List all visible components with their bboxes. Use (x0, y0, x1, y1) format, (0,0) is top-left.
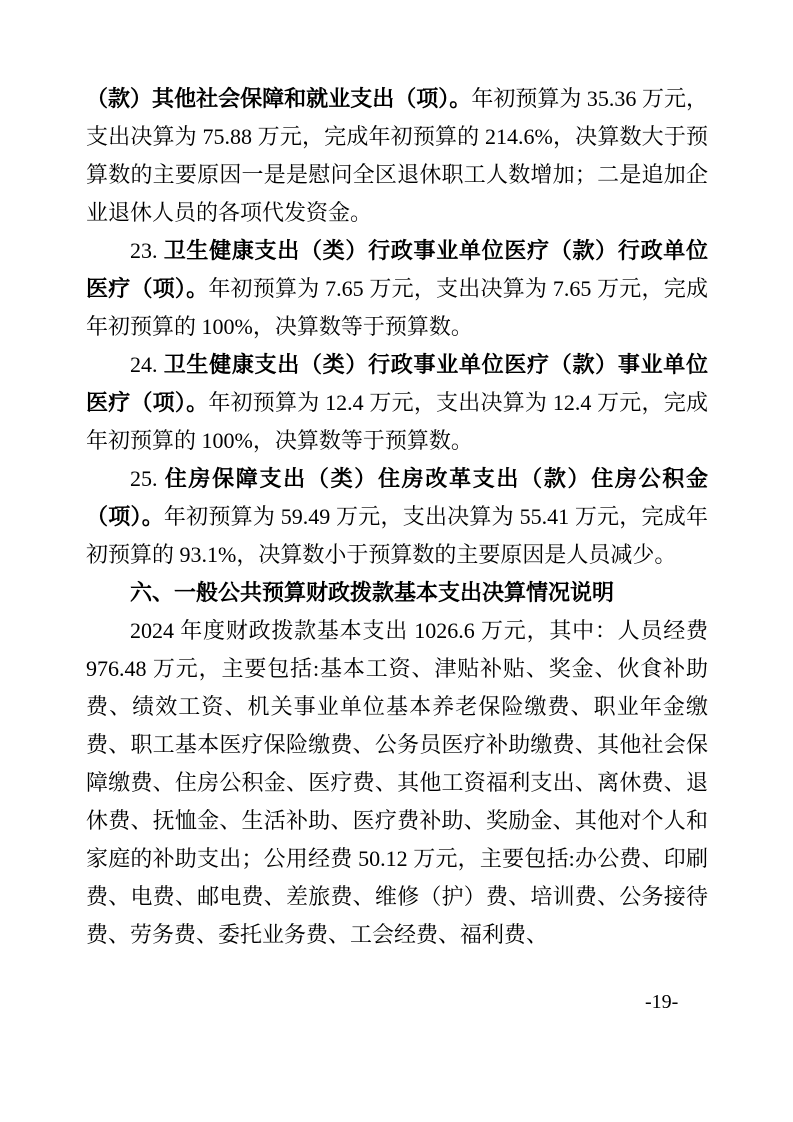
clause-heading: （款）其他社会保障和就业支出（项）。 (86, 86, 471, 111)
item-25-body: 年初预算为 59.49 万元，支出决算为 55.41 万元，完成年初预算的 93… (86, 504, 708, 567)
item-24-number: 24. (130, 352, 164, 377)
page-number: -19- (645, 991, 678, 1013)
item-23-number: 23. (130, 238, 164, 263)
page-body-text: （款）其他社会保障和就业支出（项）。年初预算为 35.36 万元，支出决算为 7… (86, 80, 708, 954)
paragraph-item-25: 25. 住房保障支出（类）住房改革支出（款）住房公积金（项）。年初预算为 59.… (86, 460, 708, 574)
paragraph-grant-other-social-security: （款）其他社会保障和就业支出（项）。年初预算为 35.36 万元，支出决算为 7… (86, 80, 708, 232)
paragraph-basic-expenditure-detail: 2024 年度财政拨款基本支出 1026.6 万元，其中：人员经费 976.48… (86, 612, 708, 954)
paragraph-item-24: 24. 卫生健康支出（类）行政事业单位医疗（款）事业单位医疗（项）。年初预算为 … (86, 346, 708, 460)
document-page: （款）其他社会保障和就业支出（项）。年初预算为 35.36 万元，支出决算为 7… (0, 0, 793, 1122)
paragraph-item-23: 23. 卫生健康支出（类）行政事业单位医疗（款）行政单位医疗（项）。年初预算为 … (86, 232, 708, 346)
section-six-heading: 六、一般公共预算财政拨款基本支出决算情况说明 (86, 574, 708, 612)
item-25-number: 25. (130, 466, 165, 491)
